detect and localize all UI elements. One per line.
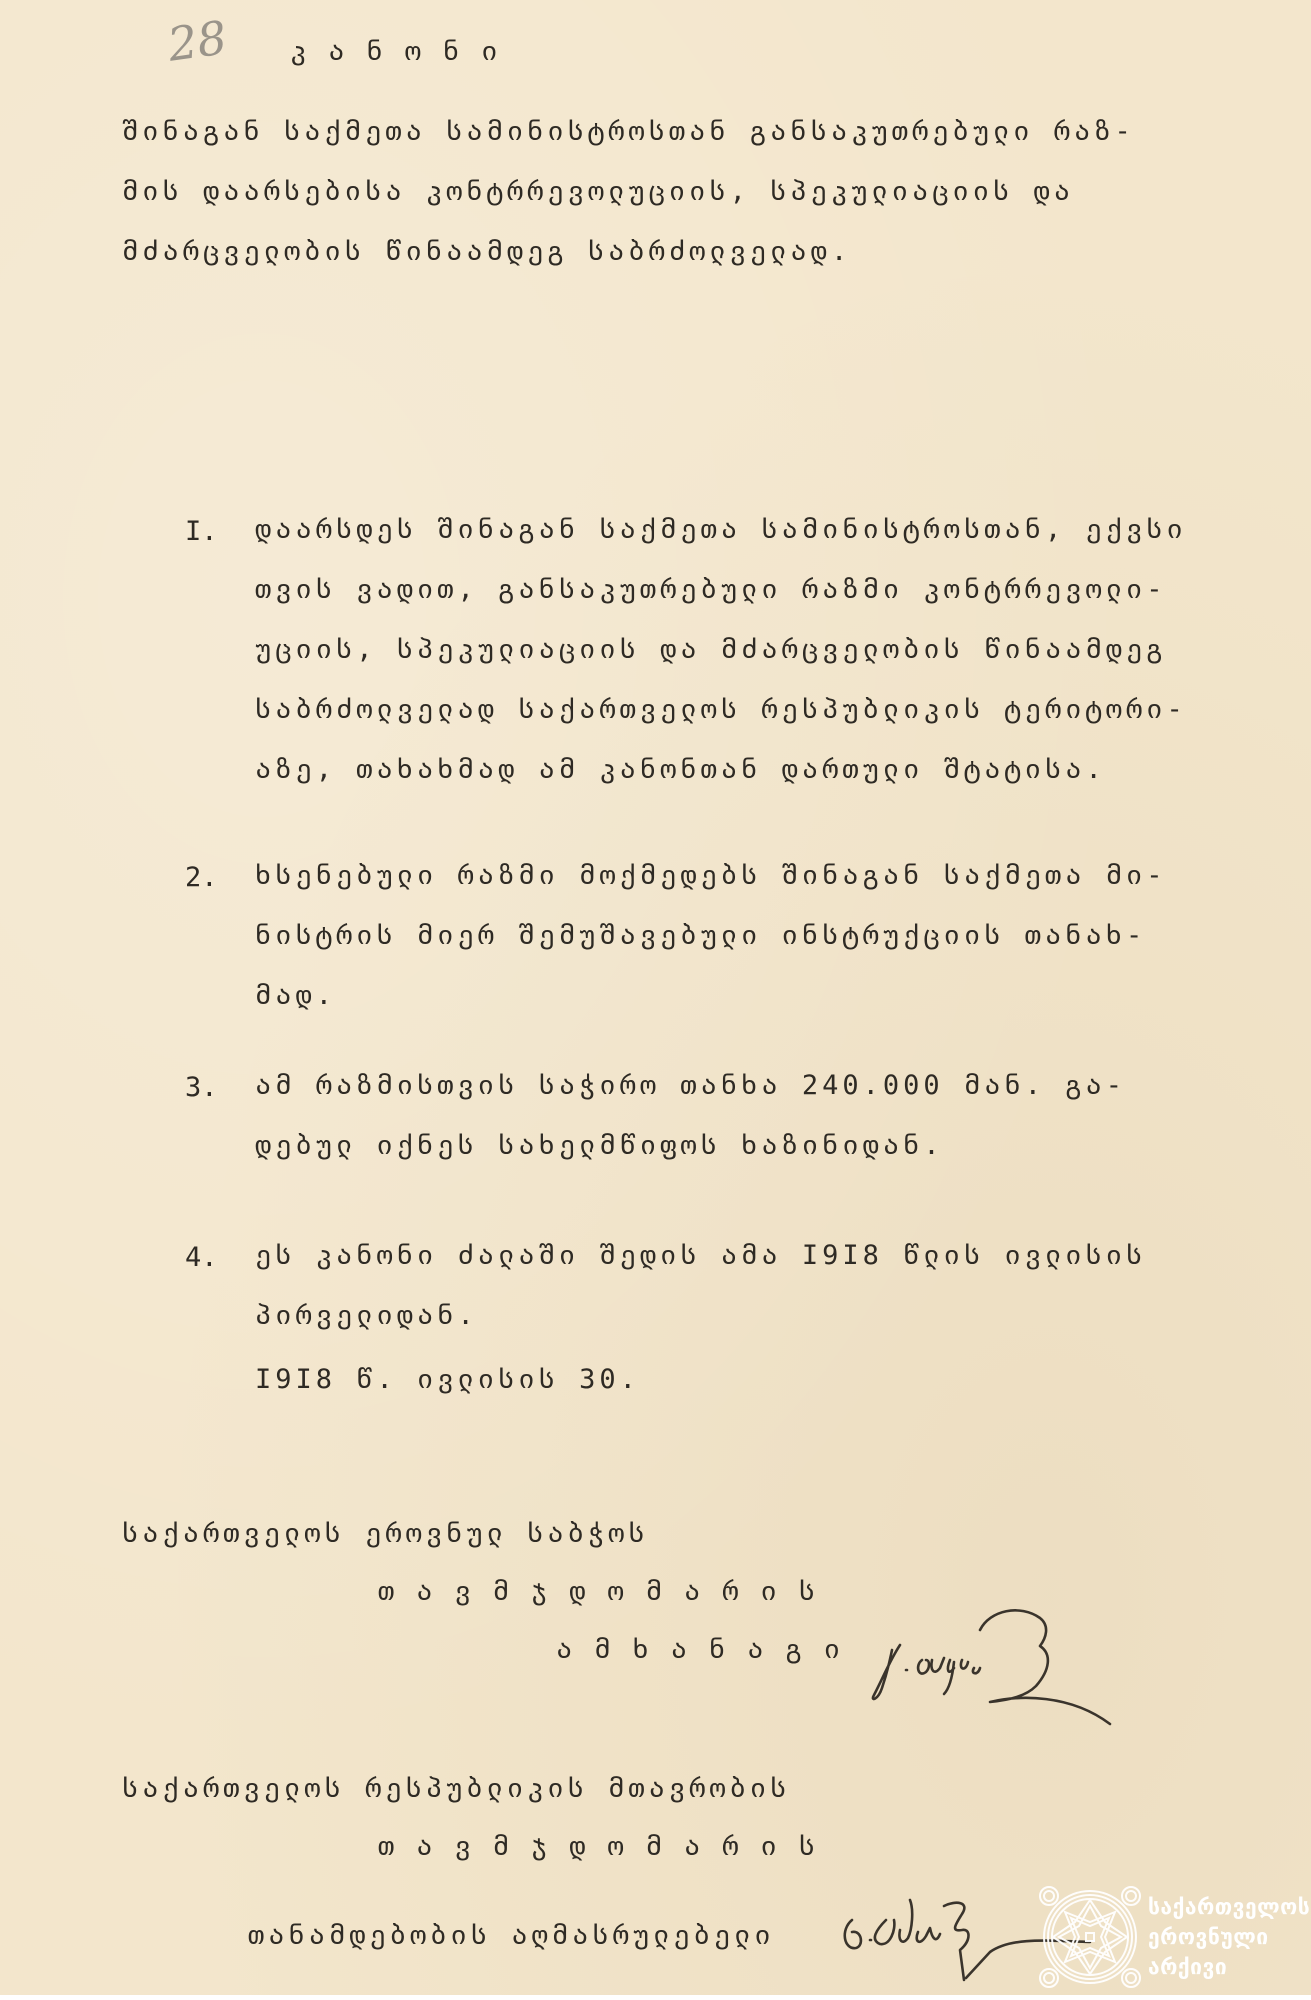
signatory-role: თავმჯდომარის (378, 1578, 837, 1605)
document-page: 28 კანონი შინაგან საქმეთა სამინისტროსთან… (0, 0, 1311, 1995)
article-number: 3. (185, 1072, 218, 1103)
watermark-line: არქივი (1148, 1957, 1227, 1978)
article-number: I. (185, 516, 218, 547)
preamble-line: მძარცველობის წინაამდეგ საბრძოლველად. (122, 238, 851, 265)
article-line: ნისტრის მიერ შემუშავებული ინსტრუქციის თა… (255, 922, 1146, 949)
signatory-role: თავმჯდომარის (378, 1833, 837, 1860)
article-line: ხსენებული რაზმი მოქმედებს შინაგან საქმეთ… (255, 862, 1167, 889)
article-line: თვის ვადით, განსაკუთრებული რაზმი კონტრრე… (255, 576, 1167, 603)
signatory-subrole: თანამდებობის აღმასრულებელი (248, 1922, 775, 1949)
article-line: უციის, სპეკულიაციის და მძარცველობის წინა… (255, 636, 1167, 663)
signatory-org: საქართველოს რესპუბლიკის მთავრობის (122, 1775, 790, 1802)
article-line: ამ რაზმისთვის საჭირო თანხა 240.000 მან. … (255, 1072, 1126, 1099)
handwritten-page-number: 28 (165, 10, 230, 72)
article-line: პირველიდან. (255, 1302, 478, 1329)
preamble-line: მის დაარსებისა კონტრრევოლუციის, სპეკულია… (122, 178, 1074, 205)
watermark-line: ეროვნული (1148, 1927, 1269, 1948)
document-title: კანონი (290, 38, 520, 65)
article-number: 2. (185, 862, 218, 893)
watermark-line: საქართველოს (1148, 1897, 1310, 1918)
image-bottom-border (0, 1995, 1311, 2000)
article-line: საბრძოლველად საქართველოს რესპუბლიკის ტერ… (255, 696, 1187, 723)
preamble-line: შინაგან საქმეთა სამინისტროსთან განსაკუთრ… (122, 118, 1135, 145)
article-line: დაარსდეს შინაგან საქმეთა სამინისტროსთან,… (255, 516, 1187, 543)
signature-1 (860, 1590, 1150, 1730)
article-line: აზე, თახახმად ამ კანონთან დართული შტატის… (255, 756, 1106, 783)
signatory-org: საქართველოს ეროვნულ საბჭოს (122, 1520, 649, 1547)
signatory-subrole: ამხანაგი (556, 1636, 862, 1663)
article-line: დებულ იქნეს სახელმწიფოს ხაზინიდან. (255, 1132, 944, 1159)
article-line: ეს კანონი ძალაში შედის ამა I9I8 წლის ივლ… (255, 1242, 1146, 1269)
article-number: 4. (185, 1242, 218, 1273)
article-line: მად. (255, 982, 336, 1009)
document-date: I9I8 წ. ივლისის 30. (255, 1366, 640, 1393)
